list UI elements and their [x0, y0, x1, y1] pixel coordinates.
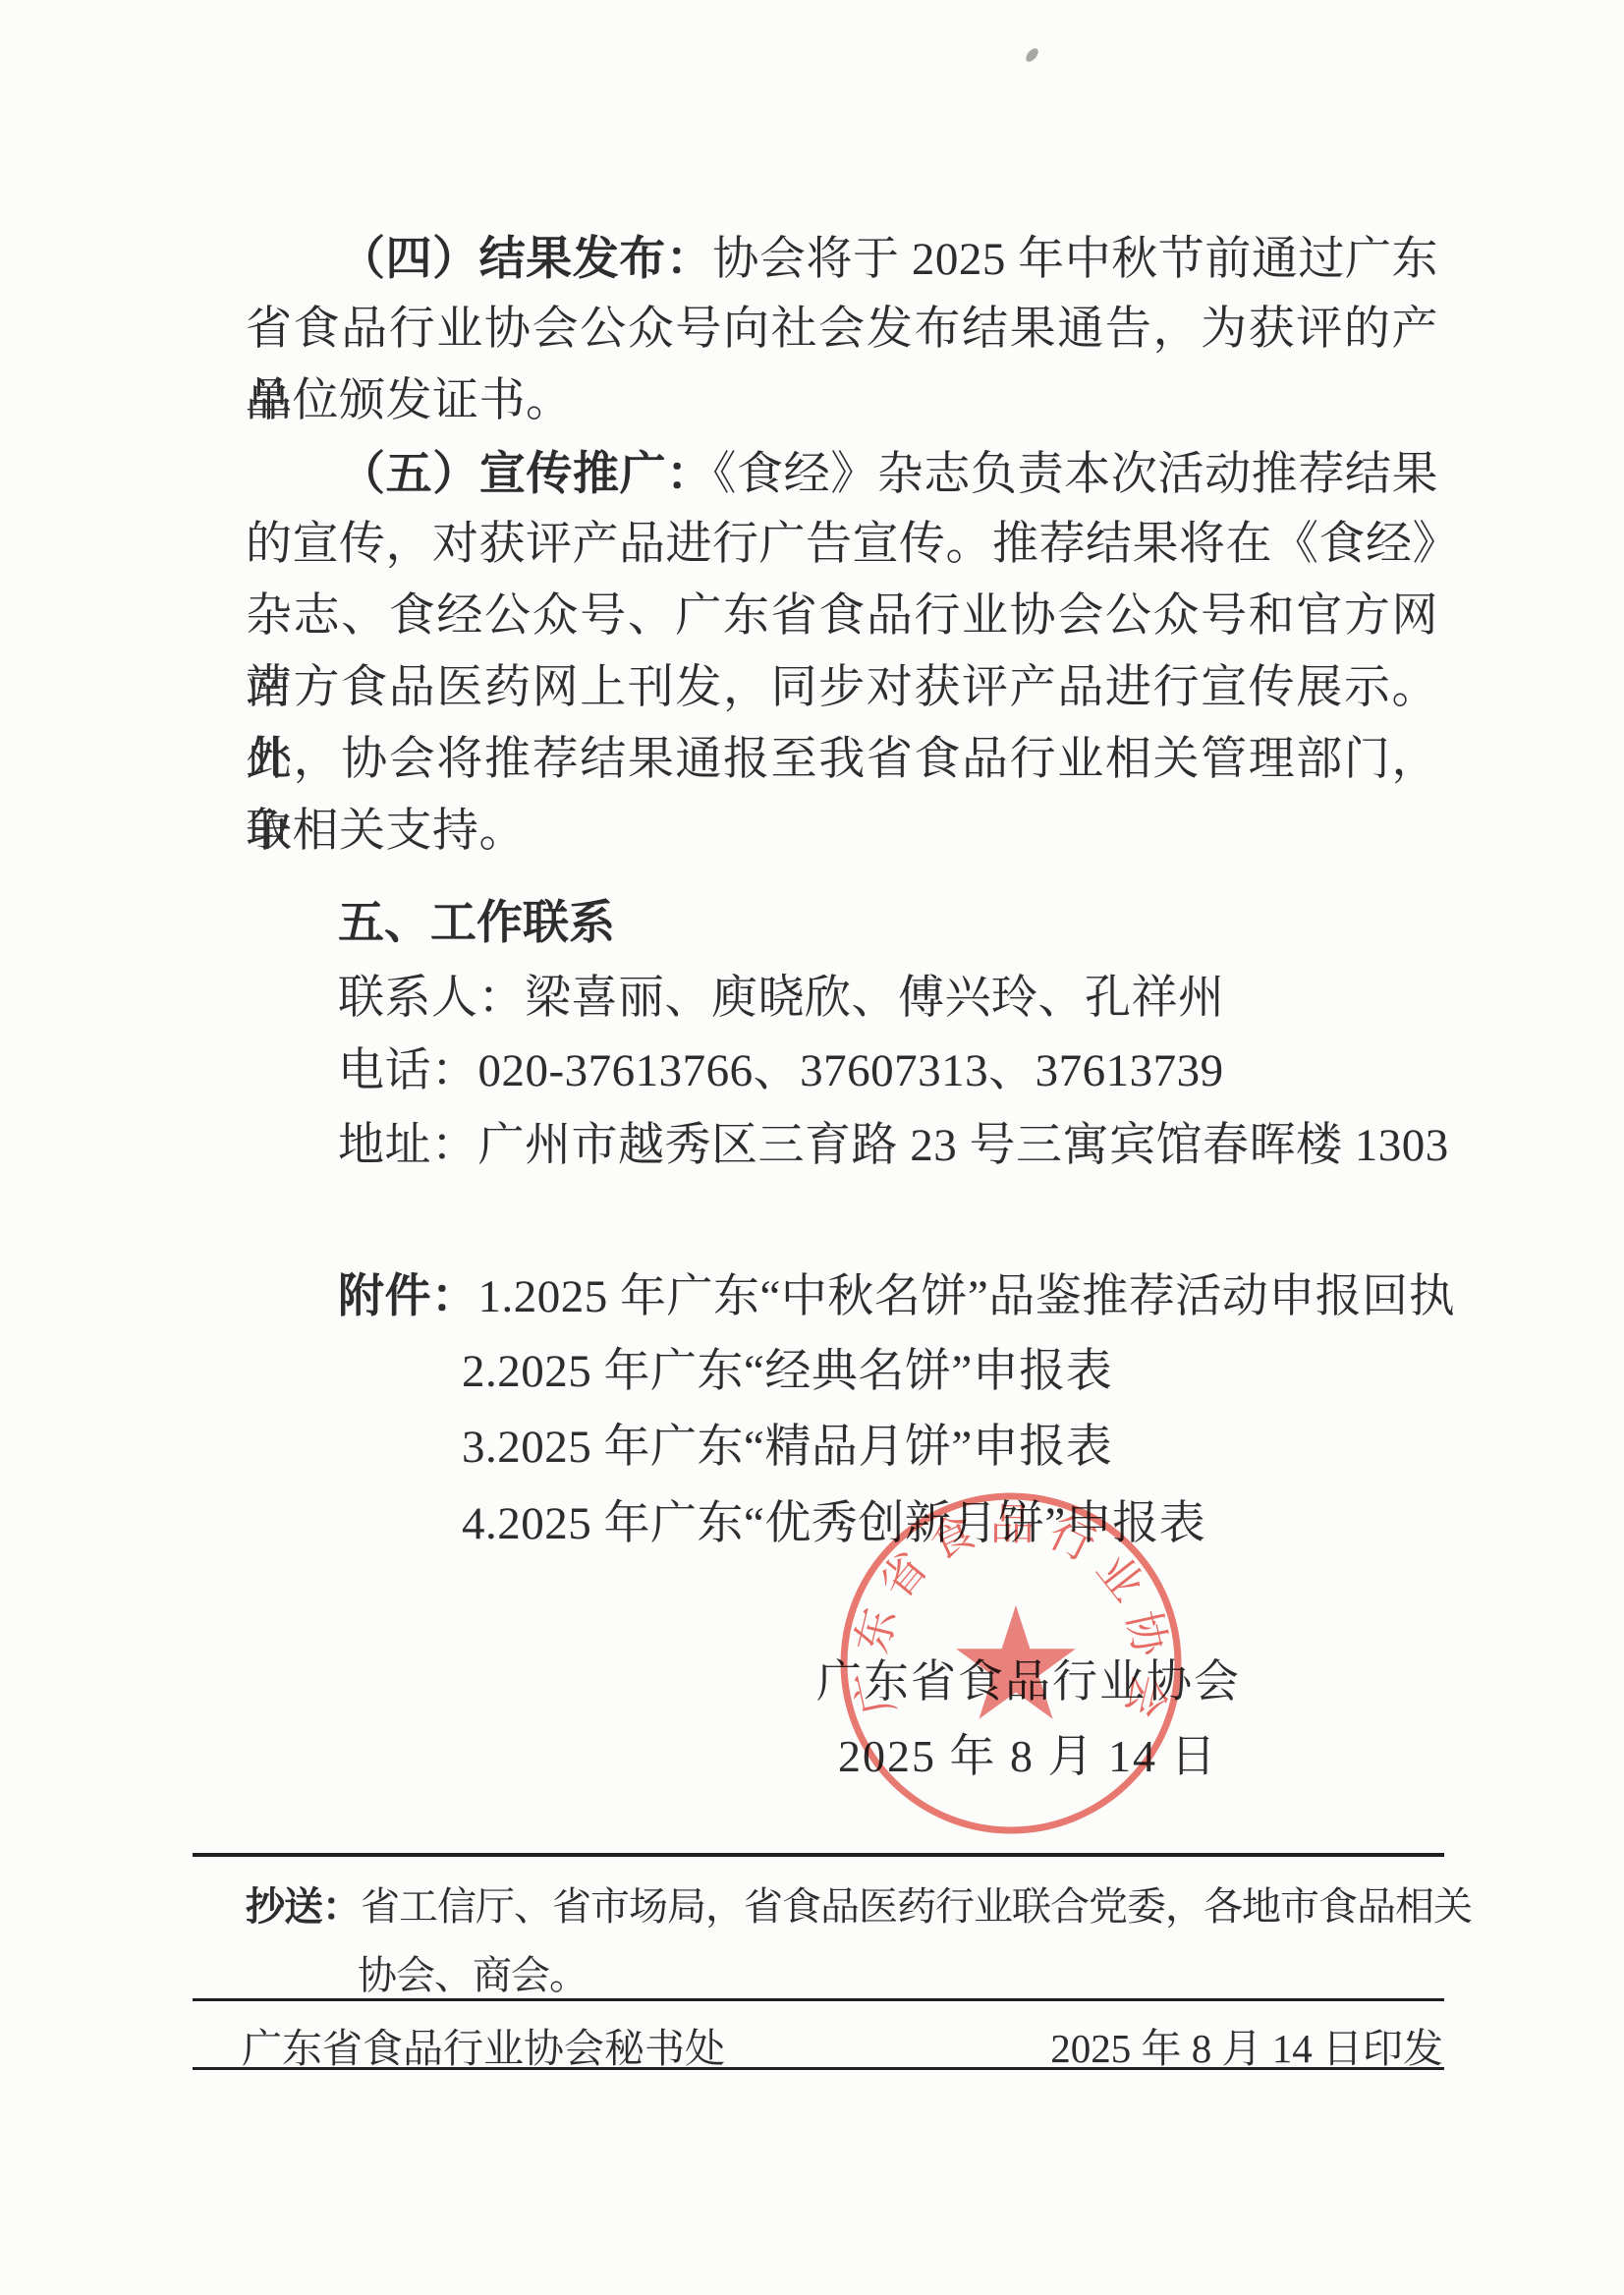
- cc-line-1-text: 省工信厅、省市场局，省食品医药行业联合党委，各地市食品相关: [361, 1884, 1472, 1929]
- paragraph-5-line-5: 外，协会将推荐结果通报至我省食品行业相关管理部门，争: [246, 724, 1438, 796]
- footer-rule-middle: [193, 1998, 1444, 2001]
- attachments-label: 附件：: [338, 1269, 478, 1321]
- print-date: 2025 年 8 月 14 日印发: [1050, 2016, 1443, 2081]
- paragraph-5-line-1: （五）宣传推广：《食经》杂志负责本次活动推荐结果: [246, 437, 1438, 509]
- paragraph-4-line-1: （四）结果发布：协会将于 2025 年中秋节前通过广东: [246, 222, 1438, 294]
- attachment-item-2: 2.2025 年广东“经典名饼”申报表: [462, 1336, 1112, 1408]
- paragraph-5-line-4: 南方食品医药网上刊发，同步对获评产品进行宣传展示。此: [246, 652, 1438, 724]
- paragraph-5-line-3: 杂志、食经公众号、广东省食品行业协会公众号和官方网站: [246, 581, 1438, 652]
- paragraph-5-text-1: 《食经》杂志负责本次活动推荐结果: [713, 449, 1438, 500]
- paragraph-4-text-1: 协会将于 2025 年中秋节前通过广东: [712, 234, 1438, 285]
- contact-line: 联系人：梁喜丽、庾晓欣、傅兴玲、孔祥州: [338, 963, 1225, 1035]
- cc-label: 抄送：: [246, 1885, 361, 1929]
- issuer: 广东省食品行业协会秘书处: [242, 2016, 725, 2081]
- seal-star-icon: [956, 1605, 1076, 1719]
- scan-speck: [1024, 46, 1040, 64]
- address-line: 地址：广州市越秀区三育路 23 号三寓宾馆春晖楼 1303: [338, 1110, 1449, 1182]
- paragraph-5-label: （五）宣传推广：: [339, 447, 713, 499]
- paragraph-4-label: （四）结果发布：: [339, 232, 712, 284]
- footer-rule-top: [193, 1853, 1444, 1857]
- section-heading: 五、工作联系: [338, 886, 615, 958]
- attachment-item-1: 附件：1.2025 年广东“中秋名饼”品鉴推荐活动申报回执: [338, 1259, 1455, 1333]
- official-seal: 广东省食品行业协会: [831, 1487, 1195, 1845]
- paragraph-5-line-6: 取相关支持。: [246, 796, 1438, 868]
- document-page: （四）结果发布：协会将于 2025 年中秋节前通过广东 省食品行业协会公众号向社…: [0, 0, 1624, 2295]
- issuer-row: 广东省食品行业协会秘书处 2025 年 8 月 14 日印发: [242, 2016, 1443, 2081]
- footer-rule-bottom: [193, 2067, 1444, 2070]
- attachment-item-3: 3.2025 年广东“精品月饼”申报表: [462, 1412, 1112, 1483]
- paragraph-5-line-2: 的宣传，对获评产品进行广告宣传。推荐结果将在《食经》: [246, 509, 1438, 581]
- paragraph-4-line-3: 单位颁发证书。: [246, 365, 1438, 437]
- phone-line: 电话：020-37613766、37607313、37613739: [338, 1036, 1224, 1107]
- paragraph-4-line-2: 省食品行业协会公众号向社会发布结果通告，为获评的产品: [246, 294, 1438, 365]
- cc-line-1: 抄送：省工信厅、省市场局，省食品医药行业联合党委，各地市食品相关: [246, 1875, 1472, 1939]
- attachment-item-1-text: 1.2025 年广东“中秋名饼”品鉴推荐活动申报回执: [478, 1271, 1456, 1322]
